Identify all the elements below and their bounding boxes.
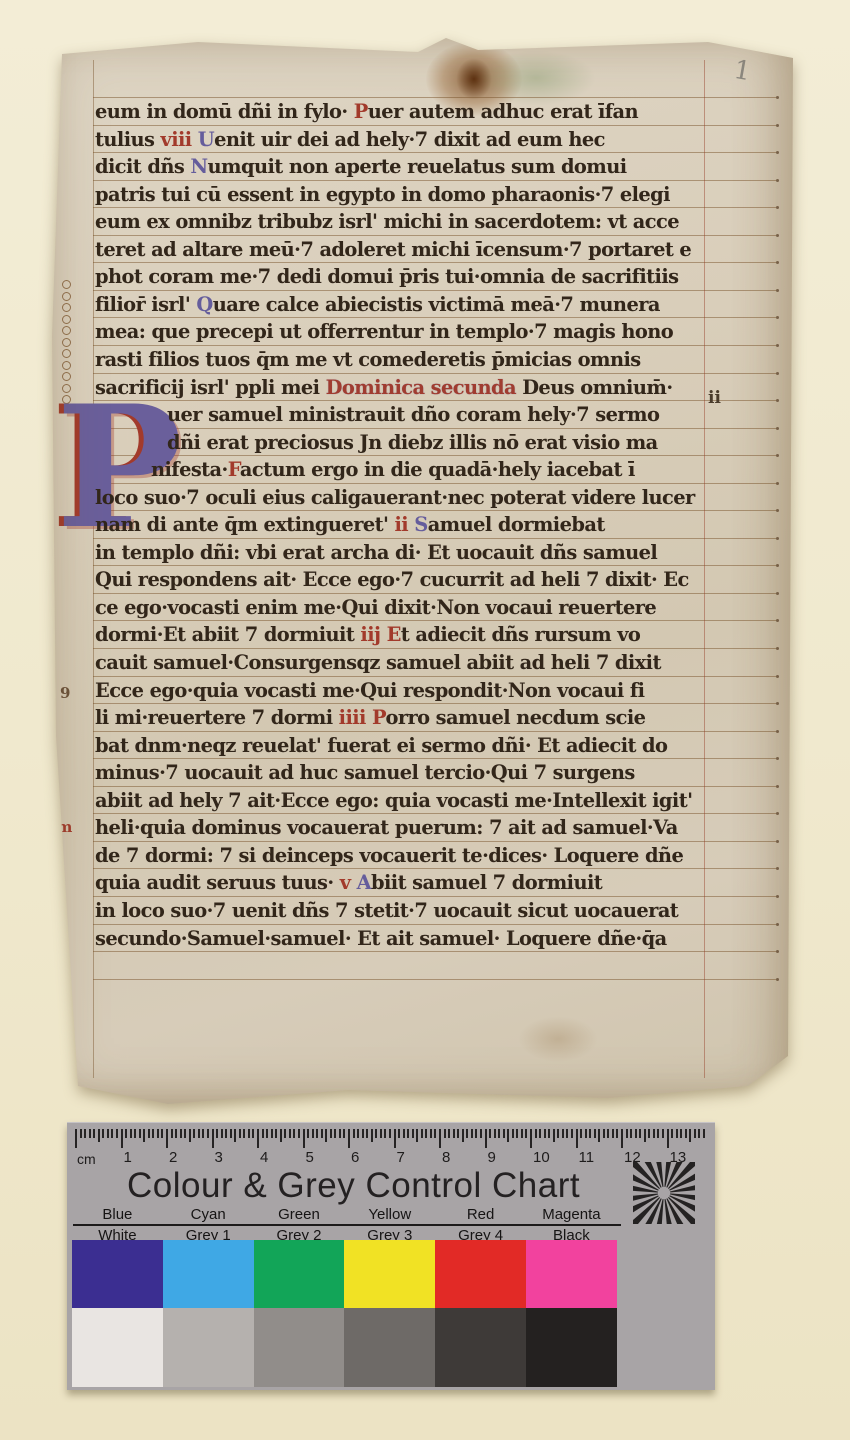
- color-patch: [435, 1240, 526, 1308]
- color-label: Red: [435, 1206, 526, 1223]
- manuscript-text-segment: S: [414, 512, 427, 536]
- color-patch: [254, 1240, 345, 1308]
- ruled-line: [93, 924, 776, 925]
- ruler-tick: [262, 1129, 264, 1138]
- manuscript-text-segment: t adiecit dñs rursum vo: [401, 622, 640, 646]
- manuscript-text-segment: filior̄ isrl': [95, 292, 196, 316]
- manuscript-line: dormi·Et abiit 7 dormiuit iij Et adiecit…: [95, 622, 640, 646]
- ruler-number: 5: [306, 1149, 314, 1166]
- manuscript-line: minus·7 uocauit ad huc samuel tercio·Qui…: [95, 760, 635, 784]
- ruler-tick: [453, 1129, 455, 1138]
- manuscript-text-segment: A: [357, 870, 371, 894]
- manuscript-text-segment: E: [387, 622, 401, 646]
- ruler-tick: [466, 1129, 468, 1138]
- ruler-tick: [685, 1129, 687, 1138]
- ruler-tick: [535, 1129, 537, 1138]
- manuscript-line: phot coram me·7 dedi domui p̄ris tui·omn…: [95, 264, 678, 288]
- ruler-tick: [75, 1129, 77, 1148]
- ruler-tick: [189, 1129, 191, 1142]
- margin-doodle-circle: [62, 315, 71, 324]
- ruler-tick: [521, 1129, 523, 1138]
- ruler-tick: [662, 1129, 664, 1138]
- ruler-tick: [121, 1129, 123, 1148]
- manuscript-text-segment: uer samuel ministrauit dño coram hely·7 …: [167, 402, 659, 426]
- ruler-tick: [271, 1129, 273, 1138]
- ruled-line: [93, 841, 776, 842]
- ruler-tick: [280, 1129, 282, 1142]
- manuscript-line: ce ego·vocasti enim me·Qui dixit·Non voc…: [95, 595, 656, 619]
- manuscript-text-segment: teret ad altare meū·7 adoleret michi īce…: [95, 237, 691, 261]
- ruler-tick: [198, 1129, 200, 1138]
- ruled-line: [93, 896, 776, 897]
- ruled-line: [93, 951, 776, 952]
- ruler-tick: [475, 1129, 477, 1138]
- ruler-number: 10: [533, 1149, 550, 1166]
- manuscript-text-segment: ii: [395, 512, 415, 536]
- ruled-line: [93, 400, 776, 401]
- manuscript-line: cauit samuel·Consurgensqz samuel abiit a…: [95, 650, 661, 674]
- ruled-line: [93, 758, 776, 759]
- ruler-tick: [389, 1129, 391, 1138]
- color-label: Yellow: [344, 1206, 435, 1223]
- margin-mark-left: ſm: [50, 818, 72, 836]
- manuscript-text-segment: orro samuel necdum scie: [385, 705, 645, 729]
- ruler-tick: [703, 1129, 705, 1138]
- manuscript-text-segment: quia audit seruus tuus·: [95, 870, 340, 894]
- ruler-tick: [439, 1129, 441, 1148]
- manuscript-text-segment: dicit dñs: [95, 154, 190, 178]
- manuscript-line: quia audit seruus tuus· v Abiit samuel 7…: [95, 870, 602, 894]
- grey-patch: [435, 1308, 526, 1387]
- ruled-line: [93, 262, 776, 263]
- grey-patch: [344, 1308, 435, 1387]
- ruler-tick: [343, 1129, 345, 1138]
- ruler-tick: [448, 1129, 450, 1138]
- manuscript-text-segment: dormi·Et abiit 7 dormiuit: [95, 622, 360, 646]
- grey-patch: [163, 1308, 254, 1387]
- ruler-tick: [667, 1129, 669, 1148]
- right-bounding-line: [704, 60, 705, 1078]
- ruler-tick: [498, 1129, 500, 1138]
- ruled-line: [93, 593, 776, 594]
- grey-patch: [526, 1308, 617, 1387]
- manuscript-text-segment: P: [354, 99, 368, 123]
- ruler-tick: [362, 1129, 364, 1138]
- manuscript-line: heli·quia dominus vocauerat puerum: 7 ai…: [95, 815, 678, 839]
- ruler-tick: [93, 1129, 95, 1138]
- manuscript-line: dñi erat preciosus Jn diebz illis nō era…: [167, 430, 658, 454]
- ruler-number: 9: [488, 1149, 496, 1166]
- manuscript-text-segment: N: [190, 154, 207, 178]
- manuscript-line: li mi·reuertere 7 dormi iiii Porro samue…: [95, 705, 645, 729]
- manuscript-text-segment: sacrificij isrl' ppli mei: [95, 375, 326, 399]
- ruler-tick: [462, 1129, 464, 1142]
- ruler-number: 1: [124, 1149, 132, 1166]
- ruler-tick: [648, 1129, 650, 1138]
- ruled-line: [93, 373, 776, 374]
- manuscript-text-segment: F: [228, 457, 240, 481]
- ruler-tick: [694, 1129, 696, 1138]
- ruler-tick: [530, 1129, 532, 1148]
- manuscript-text-segment: U: [198, 127, 214, 151]
- ruled-line: [93, 731, 776, 732]
- ruler-tick: [680, 1129, 682, 1138]
- ruler-tick: [175, 1129, 177, 1138]
- ruler-tick: [171, 1129, 173, 1138]
- ruler-tick: [312, 1129, 314, 1138]
- manuscript-text-segment: Deus omnium̄·: [522, 375, 672, 399]
- ruled-line: [93, 979, 776, 980]
- color-patch: [344, 1240, 435, 1308]
- ruler-unit-label: cm: [77, 1151, 96, 1167]
- ruler-tick: [148, 1129, 150, 1138]
- ruler-tick: [348, 1129, 350, 1148]
- ruler-tick: [616, 1129, 618, 1138]
- manuscript-line: nifesta·Factum ergo in die quadā·hely ia…: [151, 457, 635, 481]
- ruler-tick: [407, 1129, 409, 1138]
- ruled-line: [93, 428, 776, 429]
- ruler-tick: [225, 1129, 227, 1138]
- ruler-tick: [589, 1129, 591, 1138]
- ruler-tick: [130, 1129, 132, 1138]
- manuscript-line: uer samuel ministrauit dño coram hely·7 …: [167, 402, 659, 426]
- manuscript-text-segment: rasti filios tuos q̄m me vt comederetis …: [95, 347, 641, 371]
- ruler-tick: [116, 1129, 118, 1138]
- grey-patch: [254, 1308, 345, 1387]
- ruler-tick: [321, 1129, 323, 1138]
- ruled-line: [93, 97, 776, 98]
- ruler-tick: [212, 1129, 214, 1148]
- manuscript-text-segment: P: [372, 705, 385, 729]
- manuscript-line: teret ad altare meū·7 adoleret michi īce…: [95, 237, 691, 261]
- manuscript-text-segment: Q: [196, 292, 212, 316]
- ruler-tick: [430, 1129, 432, 1138]
- manuscript-text-segment: patris tui cū essent in egypto in domo p…: [95, 182, 670, 206]
- ruler-tick: [257, 1129, 259, 1148]
- ruler-tick: [380, 1129, 382, 1138]
- ruler-tick: [698, 1129, 700, 1138]
- margin-doodle-circle: [62, 349, 71, 358]
- ruler-tick: [457, 1129, 459, 1138]
- ruled-line: [93, 703, 776, 704]
- manuscript-text-segment: dñi erat preciosus Jn diebz illis nō era…: [167, 430, 658, 454]
- siemens-star-icon: [633, 1162, 695, 1224]
- manuscript-text-segment: nam di ante q̄m extingueret': [95, 512, 395, 536]
- manuscript-text-segment: tulius: [95, 127, 161, 151]
- ruled-line: [93, 538, 776, 539]
- ruler-tick: [548, 1129, 550, 1138]
- manuscript-text-segment: de 7 dormi: 7 si deinceps vocauerit te·d…: [95, 843, 683, 867]
- ruler-tick: [166, 1129, 168, 1148]
- color-patch: [72, 1240, 163, 1308]
- ruler-number: 11: [579, 1149, 595, 1166]
- ruler-tick: [366, 1129, 368, 1138]
- ruler-tick: [657, 1129, 659, 1138]
- ruler-tick: [612, 1129, 614, 1138]
- ruler-tick: [316, 1129, 318, 1138]
- ruled-line: [93, 620, 776, 621]
- ruler-number: 8: [442, 1149, 450, 1166]
- ruled-line: [93, 868, 776, 869]
- ruler-tick: [394, 1129, 396, 1148]
- ruler-tick: [230, 1129, 232, 1138]
- ruler-number: 3: [215, 1149, 223, 1166]
- manuscript-line: loco suo·7 oculi eius caligauerant·nec p…: [95, 485, 695, 509]
- color-label: Blue: [72, 1206, 163, 1223]
- manuscript-text-segment: li mi·reuertere 7 dormi: [95, 705, 339, 729]
- ruled-line: [93, 510, 776, 511]
- manuscript-line: rasti filios tuos q̄m me vt comederetis …: [95, 347, 641, 371]
- ruler-tick: [603, 1129, 605, 1138]
- ruler-number: 2: [169, 1149, 177, 1166]
- manuscript-text-segment: viii: [161, 127, 198, 151]
- ruler-tick: [544, 1129, 546, 1138]
- ruler-tick: [485, 1129, 487, 1148]
- ruler-tick: [298, 1129, 300, 1138]
- ruled-line: [93, 345, 776, 346]
- manuscript-text-segment: Qui respondens ait· Ecce ego·7 cucurrit …: [95, 567, 689, 591]
- ruler-tick: [525, 1129, 527, 1138]
- manuscript-text-segment: biit samuel 7 dormiuit: [371, 870, 602, 894]
- ruled-line: [93, 290, 776, 291]
- manuscript-line: secundo·Samuel·samuel· Et ait samuel· Lo…: [95, 926, 667, 950]
- ruler-tick: [444, 1129, 446, 1138]
- ruled-line: [93, 152, 776, 153]
- manuscript-line: filior̄ isrl' Quare calce abiecistis vic…: [95, 292, 660, 316]
- ruler-tick: [644, 1129, 646, 1142]
- ruler-tick: [607, 1129, 609, 1138]
- ruled-line: [93, 786, 776, 787]
- ruler-tick: [503, 1129, 505, 1138]
- ink-stain-core: [456, 58, 492, 100]
- manuscript-line: Qui respondens ait· Ecce ego·7 cucurrit …: [95, 567, 689, 591]
- ruled-line: [93, 676, 776, 677]
- ruler-tick: [434, 1129, 436, 1138]
- ruler-tick: [507, 1129, 509, 1142]
- ruler-tick: [107, 1129, 109, 1138]
- manuscript-line: de 7 dormi: 7 si deinceps vocauerit te·d…: [95, 843, 683, 867]
- manuscript-line: in loco suo·7 uenit dñs 7 stetit·7 uocau…: [95, 898, 678, 922]
- grey-patch: [72, 1308, 163, 1387]
- manuscript-line: mea: que precepi ut offerrentur in templ…: [95, 319, 673, 343]
- ruled-line: [93, 207, 776, 208]
- manuscript-text-segment: Ecce ego·quia vocasti me·Qui respondit·N…: [95, 678, 644, 702]
- manuscript-line: dicit dñs Numquit non aperte reuelatus s…: [95, 154, 627, 178]
- ruler-tick: [494, 1129, 496, 1138]
- ruler-tick: [152, 1129, 154, 1138]
- manuscript-line: Ecce ego·quia vocasti me·Qui respondit·N…: [95, 678, 644, 702]
- ruler-tick: [676, 1129, 678, 1138]
- ruler-tick: [216, 1129, 218, 1138]
- ruler-tick: [98, 1129, 100, 1142]
- ruler-tick: [539, 1129, 541, 1138]
- ruler-tick: [412, 1129, 414, 1138]
- ruler-tick: [398, 1129, 400, 1138]
- manuscript-text-segment: nifesta·: [151, 457, 228, 481]
- ruler-tick: [671, 1129, 673, 1138]
- ruler-tick: [289, 1129, 291, 1138]
- ruler-tick: [375, 1129, 377, 1138]
- ruler-tick: [275, 1129, 277, 1138]
- ruler-tick: [234, 1129, 236, 1142]
- ruler-number: 7: [397, 1149, 405, 1166]
- ruler-tick: [180, 1129, 182, 1138]
- manuscript-line: abiit ad hely 7 ait·Ecce ego: quia vocas…: [95, 788, 692, 812]
- ruler-tick: [557, 1129, 559, 1138]
- ruler-tick: [284, 1129, 286, 1138]
- manuscript-text-segment: iiii: [339, 705, 372, 729]
- manuscript-text-segment: ce ego·vocasti enim me·Qui dixit·Non voc…: [95, 595, 656, 619]
- ruler-tick: [566, 1129, 568, 1138]
- ruler-tick: [293, 1129, 295, 1138]
- ruler-tick: [585, 1129, 587, 1138]
- ruler-tick: [243, 1129, 245, 1138]
- margin-doodle-circle: [62, 292, 71, 301]
- manuscript-text-segment: enit uir dei ad hely·7 dixit ad eum hec: [214, 127, 605, 151]
- label-divider: [73, 1224, 621, 1226]
- manuscript-text-segment: bat dnm·neqz reuelat' fuerat ei sermo dñ…: [95, 733, 667, 757]
- ruler-tick: [421, 1129, 423, 1138]
- manuscript-text-segment: v: [340, 870, 357, 894]
- manuscript-text-segment: amuel dormiebat: [428, 512, 605, 536]
- ruler-tick: [384, 1129, 386, 1138]
- parchment-leaf: P 1 ii 9 ſm eum in domū dñi in fylo· Pue…: [48, 36, 796, 1110]
- digitized-manuscript-photo: P 1 ii 9 ſm eum in domū dñi in fylo· Pue…: [0, 0, 850, 1440]
- manuscript-text-segment: abiit ad hely 7 ait·Ecce ego: quia vocas…: [95, 788, 692, 812]
- ruler-tick: [626, 1129, 628, 1138]
- ruled-line: [93, 125, 776, 126]
- ruled-line: [93, 565, 776, 566]
- manuscript-text-segment: in loco suo·7 uenit dñs 7 stetit·7 uocau…: [95, 898, 678, 922]
- ruler-tick: [125, 1129, 127, 1138]
- ruler-number: 6: [351, 1149, 359, 1166]
- color-label: Cyan: [163, 1206, 254, 1223]
- ruler-tick: [157, 1129, 159, 1138]
- ruler-number: 4: [260, 1149, 268, 1166]
- manuscript-text-segment: uare calce abiecistis victimā meā·7 mune…: [213, 292, 660, 316]
- ruler-tick: [111, 1129, 113, 1138]
- manuscript-text-segment: actum ergo in die quadā·hely iacebat ī: [240, 457, 635, 481]
- color-patch: [163, 1240, 254, 1308]
- ruler-tick: [689, 1129, 691, 1142]
- ruler-tick: [598, 1129, 600, 1142]
- ruler-tick: [80, 1129, 82, 1138]
- ruler-tick: [512, 1129, 514, 1138]
- ruler-tick: [639, 1129, 641, 1138]
- manuscript-text-segment: heli·quia dominus vocauerat puerum: 7 ai…: [95, 815, 678, 839]
- chart-title: Colour & Grey Control Chart: [127, 1166, 572, 1206]
- margin-mark-left: 9: [60, 684, 70, 702]
- ruler-tick: [266, 1129, 268, 1138]
- ruler-tick: [571, 1129, 573, 1138]
- color-label: Green: [254, 1206, 345, 1223]
- ruler-tick: [193, 1129, 195, 1138]
- ruler-tick: [161, 1129, 163, 1138]
- ruler-tick: [630, 1129, 632, 1138]
- ruler-tick: [89, 1129, 91, 1138]
- ruler-tick: [357, 1129, 359, 1138]
- ruler-tick: [252, 1129, 254, 1138]
- ruler-tick: [207, 1129, 209, 1138]
- manuscript-text-segment: Dominica secunda: [326, 375, 523, 399]
- ruler-tick: [403, 1129, 405, 1138]
- manuscript-line: nam di ante q̄m extingueret' ii Samuel d…: [95, 512, 605, 536]
- ruler-tick: [139, 1129, 141, 1138]
- ruler-tick: [334, 1129, 336, 1138]
- manuscript-text-segment: iij: [360, 622, 386, 646]
- manuscript-line: tulius viii Uenit uir dei ad hely·7 dixi…: [95, 127, 605, 151]
- ruler-tick: [594, 1129, 596, 1138]
- margin-doodle-circle: [62, 303, 71, 312]
- ruler-tick: [303, 1129, 305, 1148]
- manuscript-text-segment: cauit samuel·Consurgensqz samuel abiit a…: [95, 650, 661, 674]
- margin-doodle-circle: [62, 280, 71, 289]
- ruled-line: [93, 483, 776, 484]
- ruler-tick: [248, 1129, 250, 1138]
- ruled-line: [93, 648, 776, 649]
- ruler-tick: [635, 1129, 637, 1138]
- ruler-tick: [307, 1129, 309, 1138]
- manuscript-text-segment: mea: que precepi ut offerrentur in templ…: [95, 319, 673, 343]
- ruler-tick: [416, 1129, 418, 1142]
- ruler-tick: [184, 1129, 186, 1138]
- ruled-line: [93, 235, 776, 236]
- color-label: Magenta: [526, 1206, 617, 1223]
- ruled-line: [93, 180, 776, 181]
- ruler-tick: [143, 1129, 145, 1142]
- ruler-tick: [576, 1129, 578, 1148]
- ruler-tick: [134, 1129, 136, 1138]
- faint-stain: [518, 1016, 598, 1062]
- manuscript-text-segment: in templo dñi: vbi erat archa di· Et uoc…: [95, 540, 657, 564]
- manuscript-line: eum in domū dñi in fylo· Puer autem adhu…: [95, 99, 638, 123]
- ruler-tick: [239, 1129, 241, 1138]
- ruler-tick: [489, 1129, 491, 1138]
- manuscript-line: sacrificij isrl' ppli mei Dominica secun…: [95, 375, 672, 399]
- manuscript-text-segment: phot coram me·7 dedi domui p̄ris tui·omn…: [95, 264, 678, 288]
- color-patch: [526, 1240, 617, 1308]
- manuscript-line: eum ex omnibz tribubz isrl' michi in sac…: [95, 209, 679, 233]
- ruler-tick: [325, 1129, 327, 1142]
- ruler-tick: [471, 1129, 473, 1138]
- ruled-line: [93, 317, 776, 318]
- ruled-line: [93, 455, 776, 456]
- manuscript-line: patris tui cū essent in egypto in domo p…: [95, 182, 670, 206]
- margin-note-right: ii: [708, 388, 721, 408]
- ruler-tick: [330, 1129, 332, 1138]
- manuscript-line: in templo dñi: vbi erat archa di· Et uoc…: [95, 540, 657, 564]
- manuscript-text-segment: eum ex omnibz tribubz isrl' michi in sac…: [95, 209, 679, 233]
- ruler-tick: [221, 1129, 223, 1138]
- color-chart-card: cm 12345678910111213 Colour & Grey Contr…: [67, 1122, 715, 1390]
- manuscript-text-segment: eum in domū dñi in fylo·: [95, 99, 354, 123]
- ruler-tick: [102, 1129, 104, 1138]
- manuscript-text-segment: umquit non aperte reuelatus sum domui: [208, 154, 627, 178]
- ruler-tick: [353, 1129, 355, 1138]
- ruled-line: [93, 813, 776, 814]
- ruler-tick: [562, 1129, 564, 1138]
- ruler-tick: [621, 1129, 623, 1148]
- left-bounding-line: [93, 60, 94, 1078]
- ruler-tick: [553, 1129, 555, 1142]
- ruler-tick: [516, 1129, 518, 1138]
- ruler-tick: [84, 1129, 86, 1138]
- parchment-surface: P 1 ii 9 ſm eum in domū dñi in fylo· Pue…: [48, 36, 796, 1110]
- manuscript-text-segment: minus·7 uocauit ad huc samuel tercio·Qui…: [95, 760, 635, 784]
- folio-number: 1: [732, 55, 754, 87]
- ruler-tick: [580, 1129, 582, 1138]
- ruler-tick: [202, 1129, 204, 1138]
